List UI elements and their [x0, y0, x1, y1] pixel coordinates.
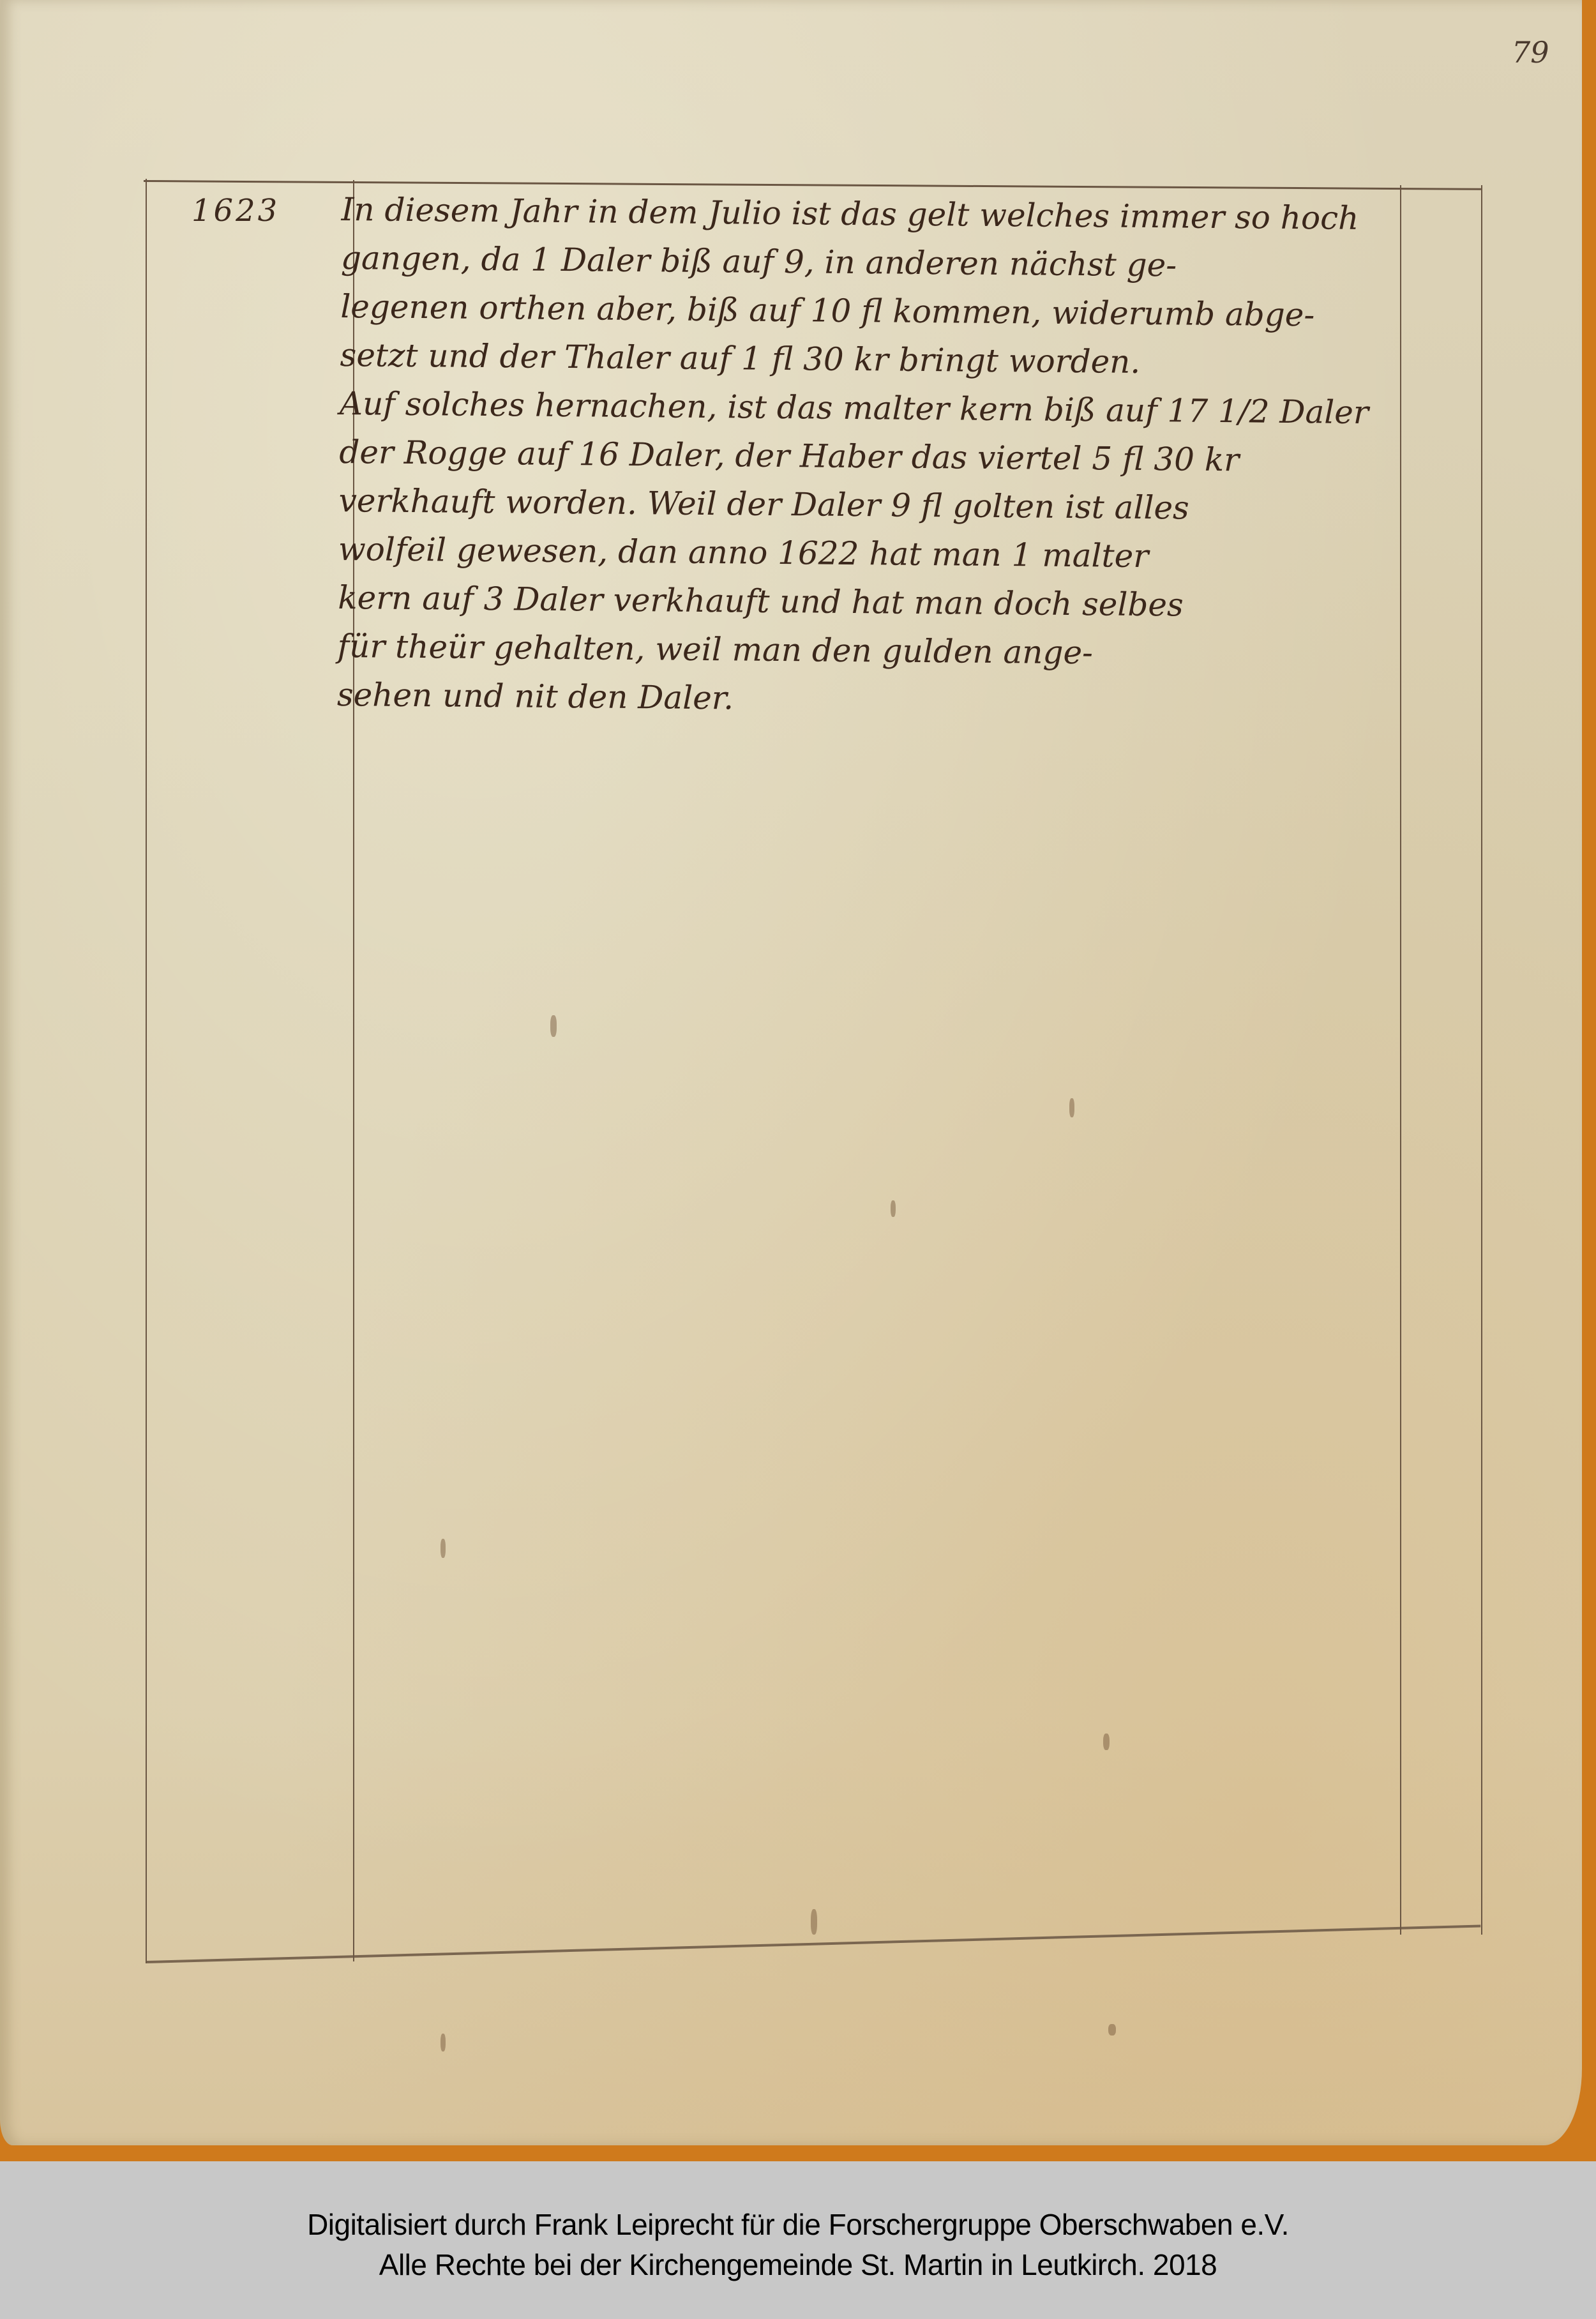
- ink-speck: [440, 1539, 446, 1558]
- ink-speck: [1103, 1734, 1110, 1750]
- entry-line: sehen und nit den Daler.: [337, 670, 1410, 729]
- entry-line: Auf solches hernachen, ist das malter ke…: [340, 379, 1413, 437]
- manuscript-scan: 79 1623 In diesem Jahr in dem Julio ist …: [0, 0, 1596, 2161]
- rights-notice: Alle Rechte bei der Kirchengemeinde St. …: [0, 2247, 1596, 2282]
- ink-speck: [440, 2034, 446, 2051]
- entry-line: gangen, da 1 Daler biß auf 9, in anderen…: [341, 234, 1414, 292]
- entry-line: kern auf 3 Daler verkhauft und hat man d…: [338, 573, 1411, 631]
- manuscript-page: 79 1623 In diesem Jahr in dem Julio ist …: [0, 0, 1582, 2145]
- ink-speck: [811, 1909, 817, 1935]
- chronicle-entry: In diesem Jahr in dem Julio ist das gelt…: [337, 185, 1414, 729]
- margin-year: 1623: [192, 193, 280, 229]
- ink-speck: [891, 1200, 896, 1217]
- left-border-rule: [146, 179, 147, 1963]
- entry-line: für theür gehalten, weil man den gulden …: [337, 622, 1410, 680]
- digitization-credit: Digitalisiert durch Frank Leiprecht für …: [0, 2207, 1596, 2242]
- entry-line: legenen orthen aber, biß auf 10 fl komme…: [340, 282, 1413, 340]
- entry-line: wolfeil gewesen, dan anno 1622 hat man 1…: [338, 525, 1412, 583]
- entry-line: der Rogge auf 16 Daler, der Haber das vi…: [339, 428, 1412, 486]
- right-border-rule: [1481, 185, 1482, 1935]
- page-number: 79: [1512, 35, 1549, 70]
- entry-line: In diesem Jahr in dem Julio ist das gelt…: [341, 185, 1414, 243]
- ink-speck: [550, 1015, 557, 1037]
- ink-speck: [1108, 2024, 1116, 2036]
- entry-line: verkhauft worden. Weil der Daler 9 fl go…: [338, 476, 1412, 534]
- entry-line: setzt und der Thaler auf 1 fl 30 kr brin…: [340, 331, 1413, 389]
- copyright-footer: Digitalisiert durch Frank Leiprecht für …: [0, 2161, 1596, 2319]
- ink-speck: [1069, 1098, 1074, 1117]
